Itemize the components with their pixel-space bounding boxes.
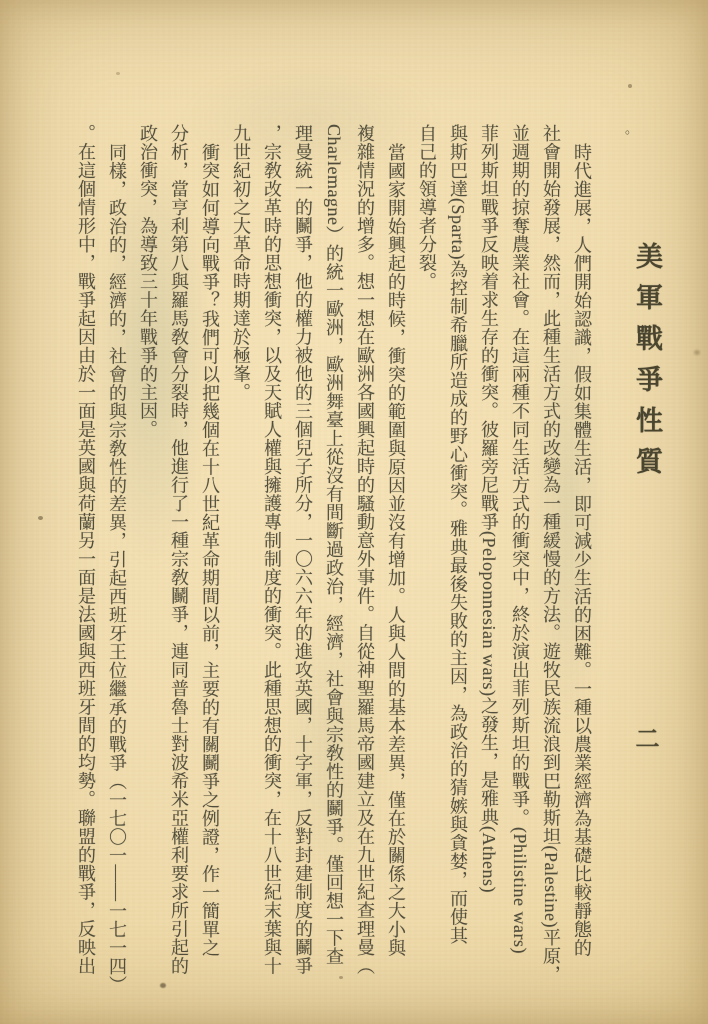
text-column: 並週期的掠奪農業社會。在這兩種不同生活方式的衝突中，終於演出菲列斯坦的戰爭。(P… bbox=[504, 124, 535, 980]
text-column: 政治衝突，為導致三十年戰爭的主因。 bbox=[132, 124, 163, 980]
ink-speck bbox=[628, 84, 632, 88]
page-number: 二 bbox=[627, 726, 662, 750]
text-column: 理曼統一的鬭爭，他的權力被他的三個兒子所分，一〇六六年的進攻英國，十字軍，反對封… bbox=[287, 124, 318, 980]
text-column: 菲列斯坦戰爭反映着求生存的衝突。彼羅旁尼戰爭(Peloponnesian war… bbox=[473, 124, 504, 980]
text-column: 當國家開始興起的時候，衝突的範圍與原因並沒有增加。人與人間的基本差異，僅在於關係… bbox=[380, 124, 411, 980]
text-column: 複雜情況的增多。想一想在歐洲各國興起時的騷動意外事件。自從神聖羅馬帝國建立及在九… bbox=[349, 124, 380, 980]
scanned-book-page: 。 美軍戰爭性質 二 時代進展，人們開始認識，假如集體生活，即可減少生活的困難。… bbox=[0, 0, 708, 1024]
text-column: 自己的領導者分裂。 bbox=[411, 124, 442, 980]
page-header-title: 美軍戰爭性質 bbox=[628, 242, 667, 488]
text-column: 與斯巴達(Sparta)為控制希臘所造成的野心衝突。雅典最後失敗的主因，為政治的… bbox=[442, 124, 473, 980]
ink-speck bbox=[38, 516, 43, 520]
body-text-block: 時代進展，人們開始認識，假如集體生活，即可減少生活的困難。一種以農業經濟為基礎比… bbox=[65, 124, 597, 980]
text-column: 同樣，政治的，經濟的，社會的與宗敎性的差異，引起西班牙王位繼承的戰爭（一七〇一—… bbox=[101, 124, 132, 980]
text-column: 。在這個情形中，戰爭起因由於一面是英國與荷蘭另一面是法國與西班牙間的均勢。聯盟的… bbox=[70, 124, 101, 980]
ink-speck bbox=[694, 350, 700, 355]
text-column: 九世紀初之大革命時期達於極峯。 bbox=[225, 124, 256, 980]
stray-ink-mark: 。 bbox=[625, 118, 638, 137]
text-column: ，宗敎改革時的思想衝突，以及天賦人權與擁護專制制度的衝突。此種思想的衝突，在十八… bbox=[256, 124, 287, 980]
ink-speck bbox=[160, 983, 166, 988]
text-column: 時代進展，人們開始認識，假如集體生活，即可減少生活的困難。一種以農業經濟為基礎比… bbox=[566, 124, 597, 980]
text-column: 社會開始發展，然而，此種生活方式的改變為一種緩慢的方法。遊牧民族流浪到巴勒斯坦(… bbox=[535, 124, 566, 980]
text-column: 衝突如何導向戰爭？我們可以把幾個在十八世紀革命期間以前，主要的有關鬭爭之例證，作… bbox=[194, 124, 225, 980]
ink-speck bbox=[116, 72, 120, 75]
text-column: 分析，當亨利第八與羅馬敎會分裂時，他進行了一種宗敎鬭爭，連同普魯士對波希米亞權利… bbox=[163, 124, 194, 980]
text-column: Charlemagne）的統一歐洲，歐洲舞臺上從沒有間斷過政治，經濟，社會與宗敎… bbox=[318, 124, 349, 980]
